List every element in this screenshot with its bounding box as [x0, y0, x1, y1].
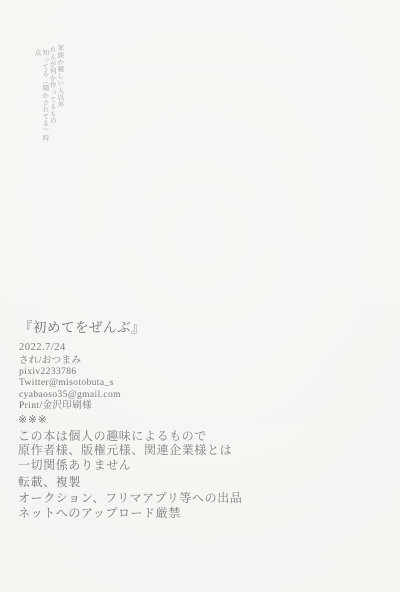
- disclaimer-marker: ※※※: [18, 413, 232, 427]
- twitter-handle: Twitter@misotobuta_s: [19, 378, 121, 389]
- colophon-page: 家族か親しい人以外 れんが何か作ってるもの 知ってる（聞かされてる）時点 『初め…: [0, 0, 400, 592]
- pixiv-id: pixiv2233786: [19, 367, 121, 378]
- note-column-3: 知ってる（聞かされてる）時点: [33, 49, 48, 144]
- contact-email: cyabaoso35@gmail.com: [19, 390, 121, 401]
- book-title: 『初めてをぜんぶ』: [19, 316, 145, 336]
- disclaimer-line-1: この本は個人の趣味によるもので: [18, 429, 232, 443]
- note-column-1: 家族か親しい人以外: [56, 44, 64, 144]
- prohibition-block: 転載、複製 オークション、フリマアプリ等への出品 ネットへのアップロード厳禁: [18, 475, 242, 522]
- disclaimer-line-2: 原作者様、版権元様、関連企業様とは: [18, 443, 232, 457]
- circle-author-name: され/おつまみ: [19, 356, 121, 367]
- release-date: 2022.7/24: [19, 342, 145, 353]
- disclaimer-block: ※※※ この本は個人の趣味によるもので 原作者様、版権元様、関連企業様とは 一切…: [18, 413, 232, 472]
- handwritten-vertical-note: 家族か親しい人以外 れんが何か作ってるもの 知ってる（聞かされてる）時点: [33, 44, 63, 144]
- prohibition-line-2: オークション、フリマアプリ等への出品: [18, 491, 242, 507]
- prohibition-line-3: ネットへのアップロード厳禁: [18, 506, 242, 522]
- prohibition-line-1: 転載、複製: [18, 475, 242, 491]
- printer-credit: Print/金沢印刷様: [19, 401, 121, 412]
- credits-block: され/おつまみ pixiv2233786 Twitter@misotobuta_…: [19, 356, 121, 412]
- disclaimer-line-3: 一切関係ありません: [18, 458, 232, 472]
- note-column-2: れんが何か作ってるもの: [48, 46, 56, 144]
- title-block: 『初めてをぜんぶ』 2022.7/24: [19, 316, 145, 353]
